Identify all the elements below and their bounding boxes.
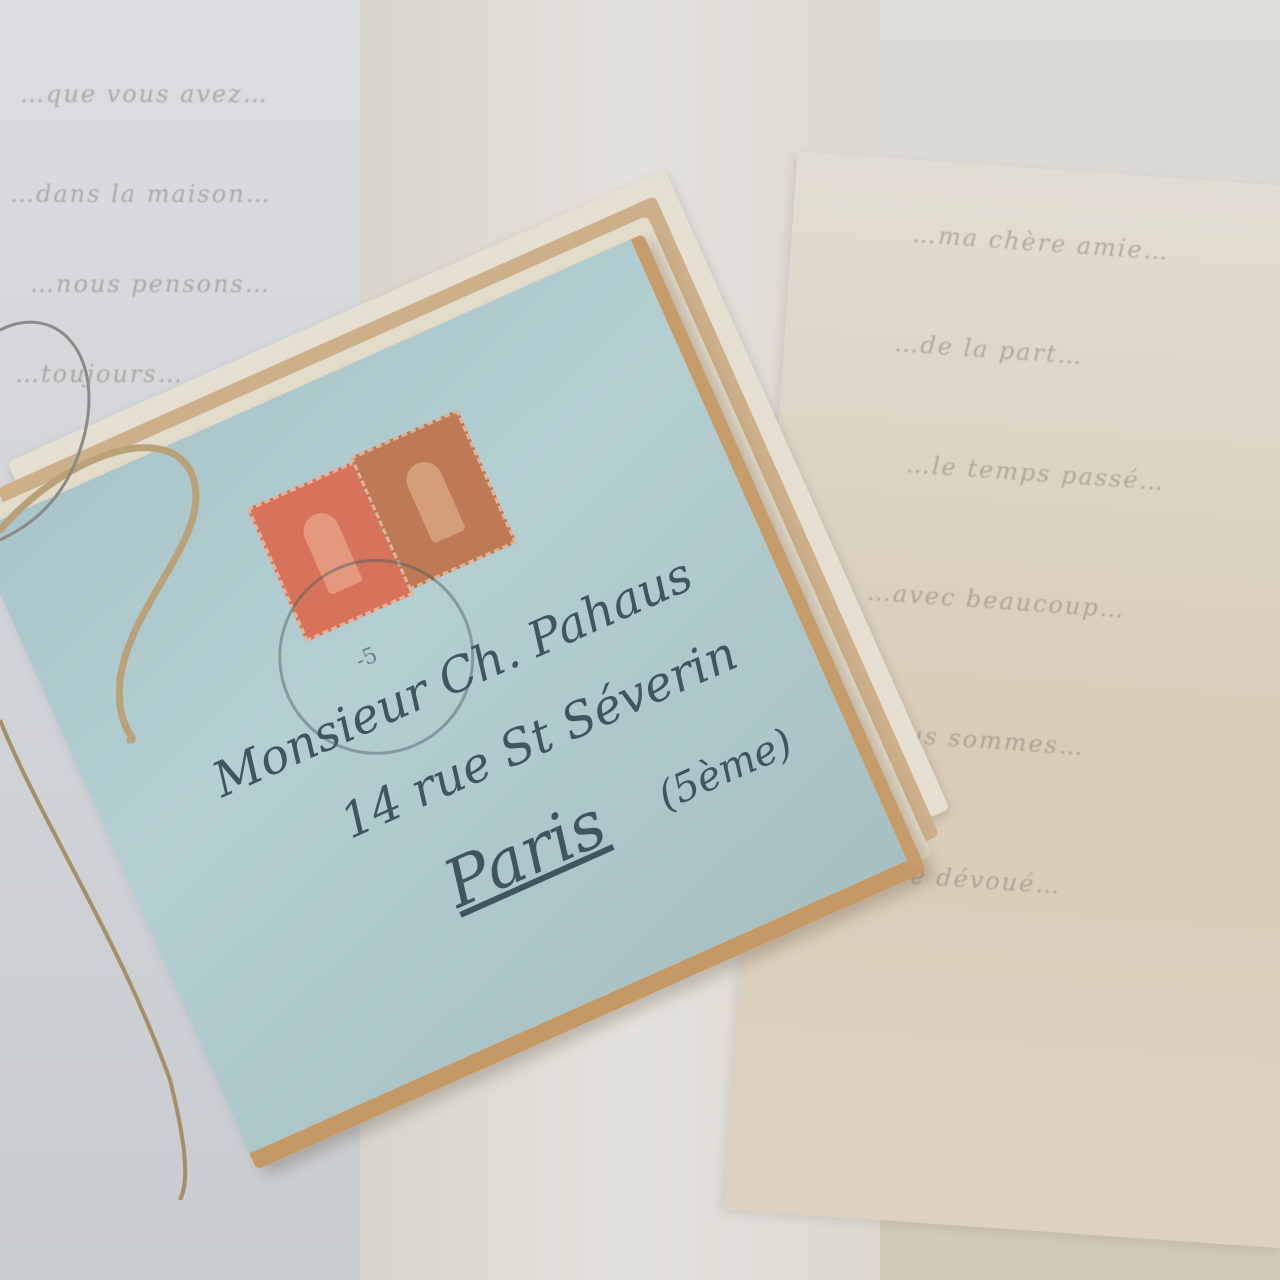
sower-figure-icon — [401, 456, 466, 544]
address-arrondissement: (5ème) — [651, 720, 799, 820]
handwriting-line: …ma chère amie… — [911, 220, 1170, 266]
handwriting-line: …dans la maison… — [10, 180, 272, 208]
postmark-text: -5 — [352, 643, 382, 675]
handwriting-line: …que vous avez… — [20, 80, 269, 108]
address-city: Paris — [433, 785, 617, 923]
handwriting-line: …de la part… — [894, 329, 1085, 370]
handwriting-line: …le temps passé… — [905, 450, 1166, 496]
handwriting-line: …avec beaucoup… — [866, 578, 1127, 624]
handwriting-line: …nous pensons… — [30, 270, 271, 298]
